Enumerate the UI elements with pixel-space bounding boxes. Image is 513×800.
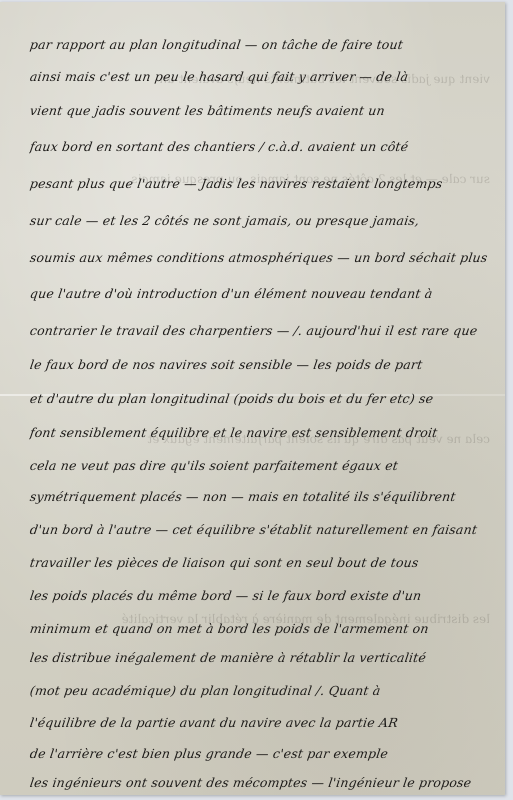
text-line: ainsi mais c'est un peu le hasard qui fa… (29, 69, 501, 84)
manuscript-page: vient que jadis souvent les bâtiments ne… (0, 2, 505, 795)
text-line: contrarier le travail des charpentiers —… (29, 323, 501, 338)
text-line: pesant plus que l'autre — Jadis les navi… (29, 176, 501, 191)
text-line: (mot peu académique) du plan longitudina… (29, 683, 501, 698)
text-line: les poids placés du même bord — si le fa… (29, 588, 501, 603)
text-line: vient que jadis souvent les bâtiments ne… (29, 103, 501, 118)
text-line: de l'arrière c'est bien plus grande — c'… (29, 746, 501, 761)
text-line: l'équilibre de la partie avant du navire… (29, 715, 501, 730)
text-line: sur cale — et les 2 côtés ne sont jamais… (29, 213, 501, 228)
text-line: cela ne veut pas dire qu'ils soient parf… (29, 458, 501, 473)
text-line: travailler les pièces de liaison qui son… (29, 555, 501, 570)
text-line: les ingénieurs ont souvent des mécomptes… (29, 775, 501, 790)
text-line: soumis aux mêmes conditions atmosphériqu… (29, 250, 501, 265)
text-line: et d'autre du plan longitudinal (poids d… (29, 391, 501, 406)
text-line: minimum et quand on met à bord les poids… (29, 621, 501, 636)
text-line: font sensiblement équilibre et le navire… (29, 425, 501, 440)
text-line: par rapport au plan longitudinal — on tâ… (29, 37, 501, 52)
text-line: symétriquement placés — non — mais en to… (29, 489, 501, 504)
text-line: d'un bord à l'autre — cet équilibre s'ét… (29, 522, 501, 537)
text-line: le faux bord de nos navires soit sensibl… (29, 357, 501, 372)
text-line: les distribue inégalement de manière à r… (29, 650, 501, 665)
text-line: que l'autre d'où introduction d'un éléme… (29, 286, 501, 301)
text-line: faux bord en sortant des chantiers / c.à… (29, 139, 501, 154)
